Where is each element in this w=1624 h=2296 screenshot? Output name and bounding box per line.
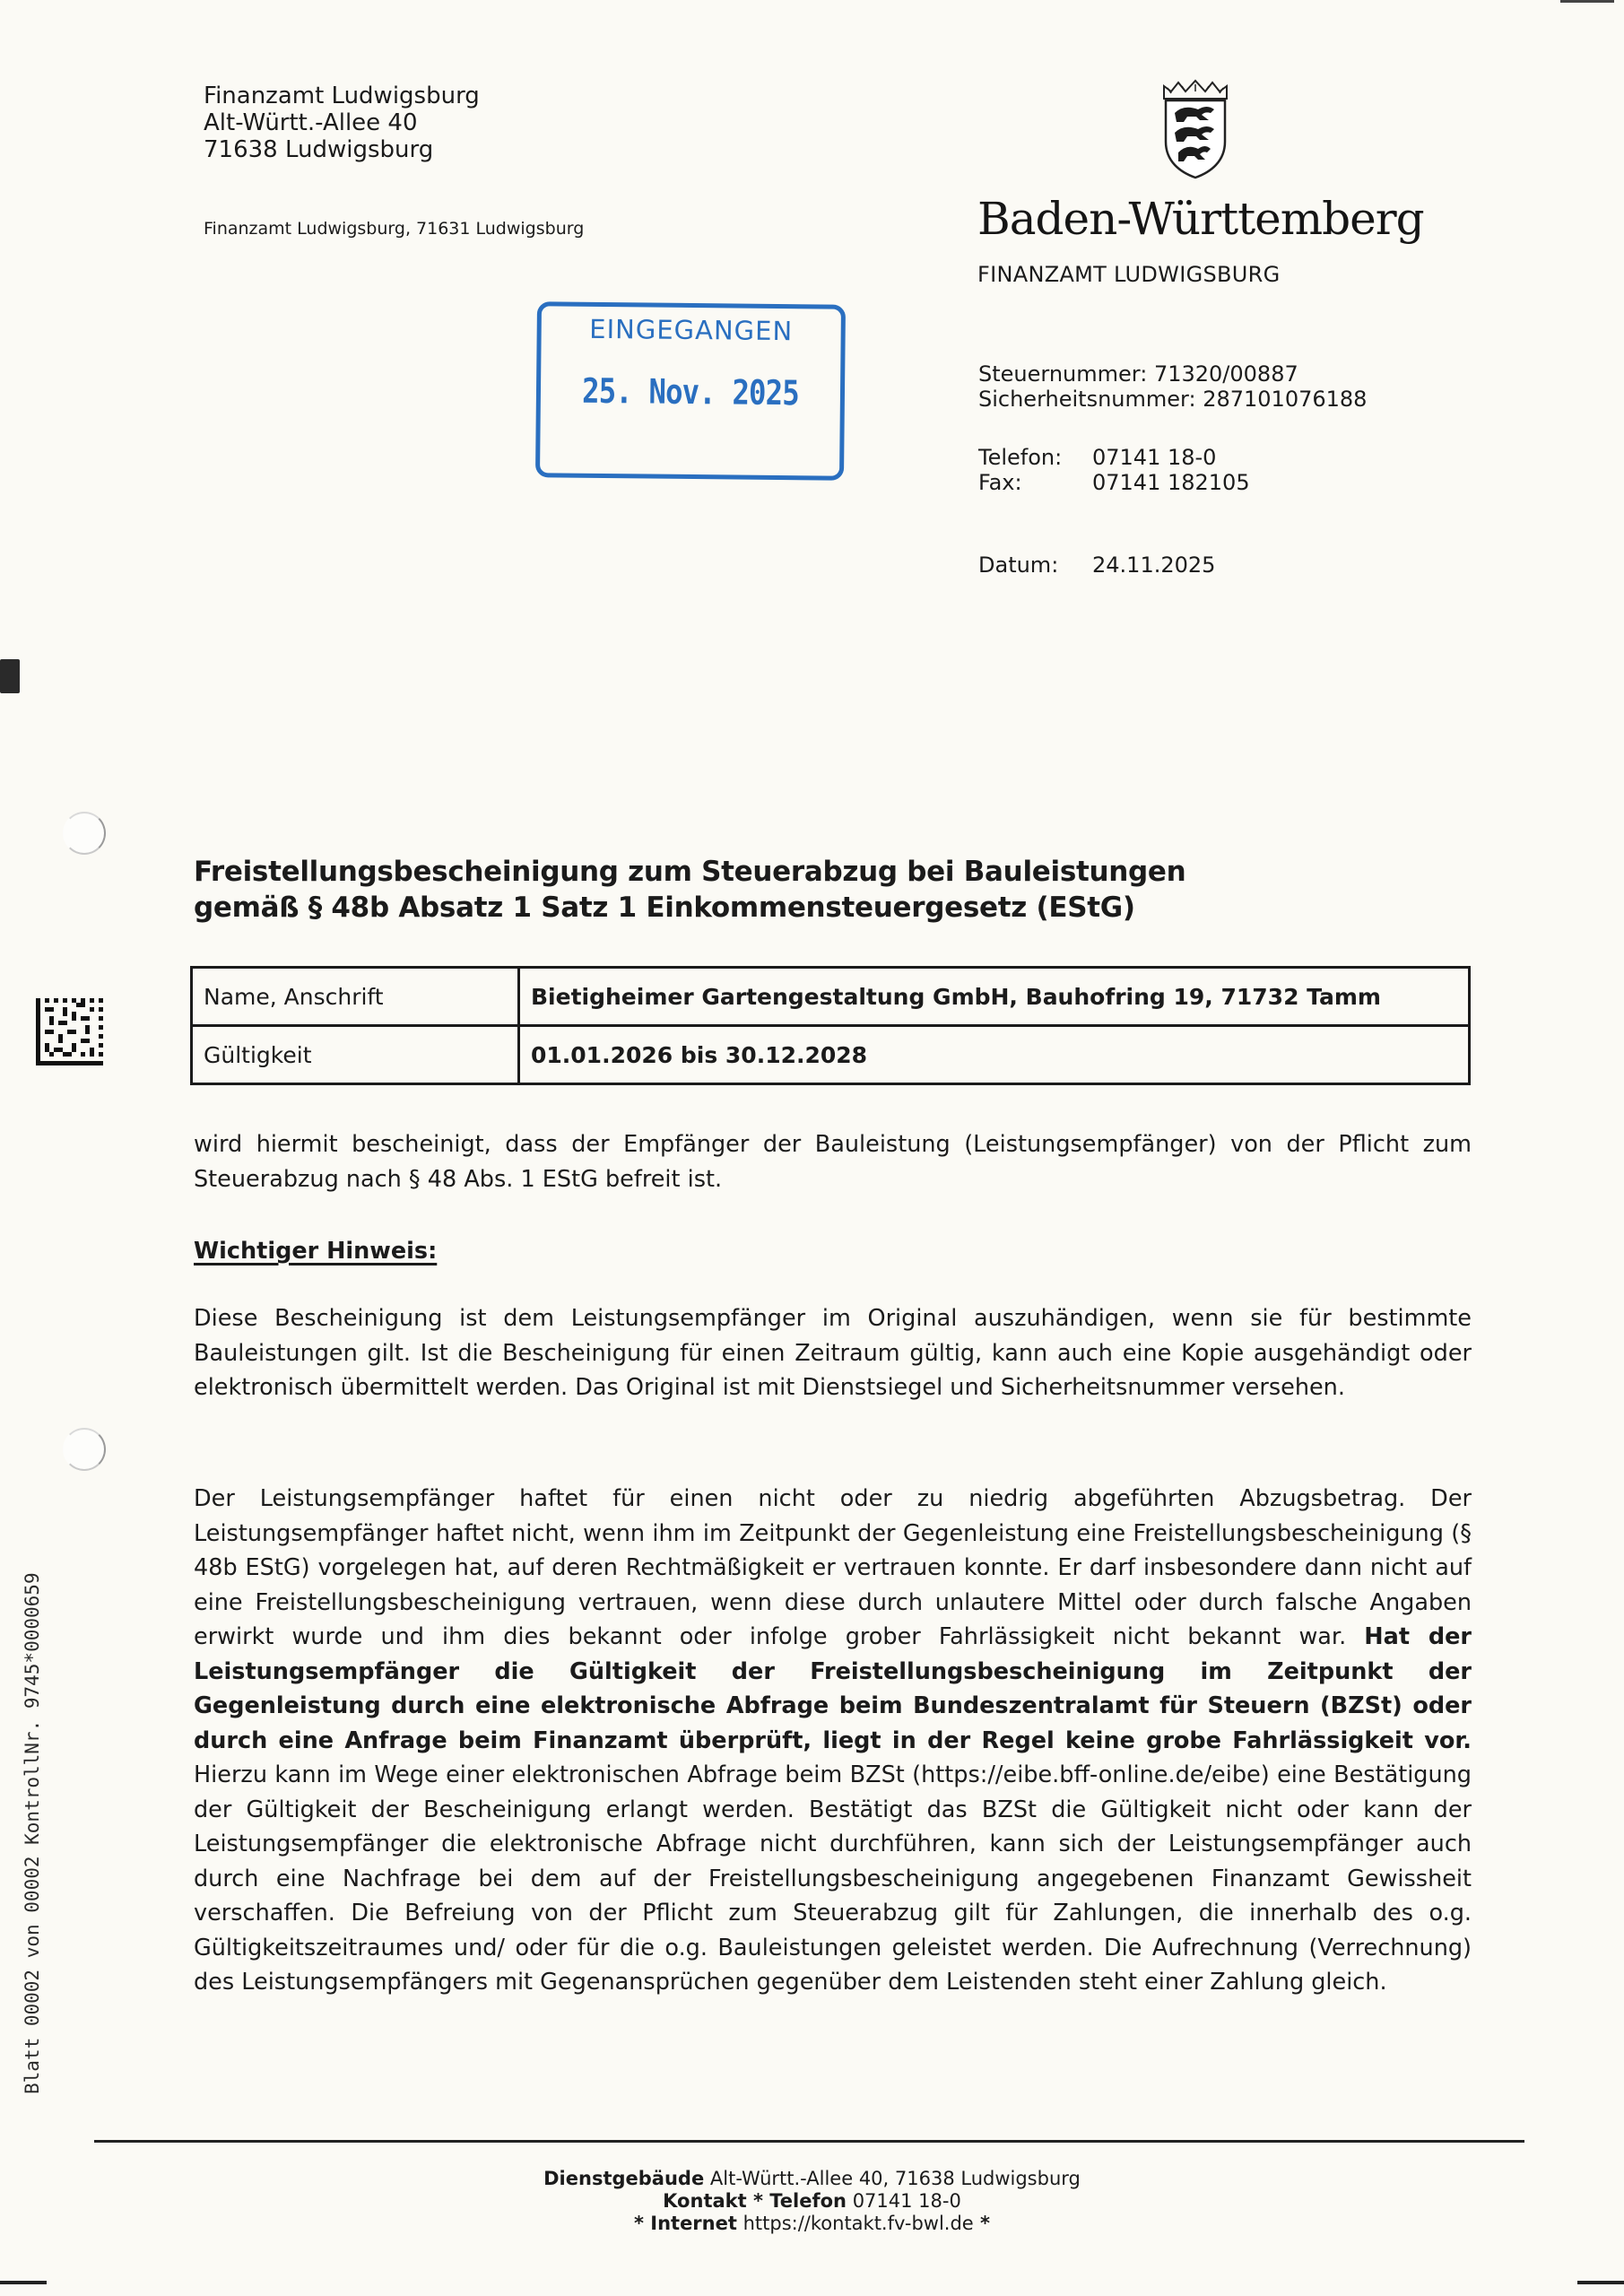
footer-contact: Kontakt * Telefon 07141 18-0 [0, 2190, 1624, 2213]
verification-text: Hierzu kann im Wege einer elektronischen… [194, 1761, 1472, 1996]
fold-mark [0, 659, 20, 693]
stamp-title: EINGEGANGEN [542, 313, 841, 346]
coat-of-arms-icon [1157, 79, 1234, 179]
tax-number-row: Steuernummer: 71320/00887 [978, 361, 1298, 387]
sender-line: 71638 Ludwigsburg [204, 136, 480, 163]
table-row: Gültigkeit 01.01.2026 bis 30.12.2028 [192, 1026, 1470, 1084]
table-label: Name, Anschrift [192, 968, 519, 1026]
date-row: Datum:24.11.2025 [978, 552, 1215, 578]
tax-number-label: Steuernummer: [978, 361, 1147, 387]
footer-internet-url[interactable]: https://kontakt.fv-bwl.de [743, 2213, 974, 2234]
certificate-table: Name, Anschrift Bietigheimer Gartengesta… [190, 966, 1471, 1085]
title-line-2: gemäß § 48b Absatz 1 Satz 1 Einkommenste… [194, 890, 1185, 926]
footer-divider [94, 2140, 1524, 2143]
punch-hole-icon [63, 1428, 106, 1471]
fax-row: Fax:07141 182105 [978, 470, 1250, 495]
control-number: Blatt 00002 von 00002 KontrollNr. 9745*0… [22, 1572, 43, 2094]
security-number: 287101076188 [1203, 387, 1367, 412]
sender-address: Finanzamt Ludwigsburg Alt-Württ.-Allee 4… [204, 83, 480, 163]
hint-heading: Wichtiger Hinweis: [194, 1238, 437, 1265]
phone-label: Telefon: [978, 445, 1092, 470]
security-number-label: Sicherheitsnummer: [978, 387, 1196, 412]
date-label: Datum: [978, 552, 1092, 578]
punch-hole-icon [63, 812, 106, 855]
office-name: FINANZAMT LUDWIGSBURG [977, 262, 1281, 287]
table-value: 01.01.2026 bis 30.12.2028 [519, 1026, 1470, 1084]
footer-internet-label: Internet [650, 2213, 737, 2234]
tax-number: 71320/00887 [1154, 361, 1298, 387]
table-row: Name, Anschrift Bietigheimer Gartengesta… [192, 968, 1470, 1026]
fax-number: 07141 182105 [1092, 470, 1250, 495]
document-title: Freistellungsbescheinigung zum Steuerabz… [194, 854, 1185, 926]
stamp-date: 25. Nov. 2025 [563, 371, 818, 413]
footer-internet-suffix: * [974, 2213, 990, 2234]
table-label: Gültigkeit [192, 1026, 519, 1084]
phone-row: Telefon:07141 18-0 [978, 445, 1216, 470]
certification-text: wird hiermit bescheinigt, dass der Empfä… [194, 1127, 1472, 1196]
liability-text: Der Leistungsempfänger haftet für einen … [194, 1485, 1472, 1650]
table-value: Bietigheimer Gartengestaltung GmbH, Bauh… [519, 968, 1470, 1026]
received-stamp: EINGEGANGEN 25. Nov. 2025 [535, 301, 846, 481]
phone-number: 07141 18-0 [1092, 445, 1216, 470]
hint-paragraph-2: Der Leistungsempfänger haftet für einen … [194, 1482, 1472, 2000]
title-line-1: Freistellungsbescheinigung zum Steuerabz… [194, 854, 1185, 890]
footer-internet: * Internet https://kontakt.fv-bwl.de * [0, 2213, 1624, 2235]
edge-mark [1577, 2281, 1624, 2284]
footer-building: Dienstgebäude Alt-Württ.-Allee 40, 71638… [0, 2168, 1624, 2190]
state-name: Baden-Württemberg [977, 193, 1424, 245]
return-address: Finanzamt Ludwigsburg, 71631 Ludwigsburg [204, 219, 584, 239]
sender-line: Alt-Württ.-Allee 40 [204, 109, 480, 136]
footer-internet-prefix: * [634, 2213, 650, 2234]
edge-mark [1560, 0, 1614, 3]
footer: Dienstgebäude Alt-Württ.-Allee 40, 71638… [0, 2168, 1624, 2235]
security-number-row: Sicherheitsnummer: 287101076188 [978, 387, 1367, 412]
letter-date: 24.11.2025 [1092, 552, 1215, 578]
footer-contact-phone: 07141 18-0 [853, 2190, 961, 2212]
footer-building-label: Dienstgebäude [543, 2168, 704, 2189]
footer-building-address: Alt-Württ.-Allee 40, 71638 Ludwigsburg [710, 2168, 1081, 2189]
datamatrix-code-icon [36, 998, 103, 1065]
hint-paragraph-1: Diese Bescheinigung ist dem Leistungsemp… [194, 1301, 1472, 1405]
sender-line: Finanzamt Ludwigsburg [204, 83, 480, 109]
footer-contact-label: Kontakt * Telefon [663, 2190, 847, 2212]
edge-mark [0, 2281, 47, 2284]
fax-label: Fax: [978, 470, 1092, 495]
